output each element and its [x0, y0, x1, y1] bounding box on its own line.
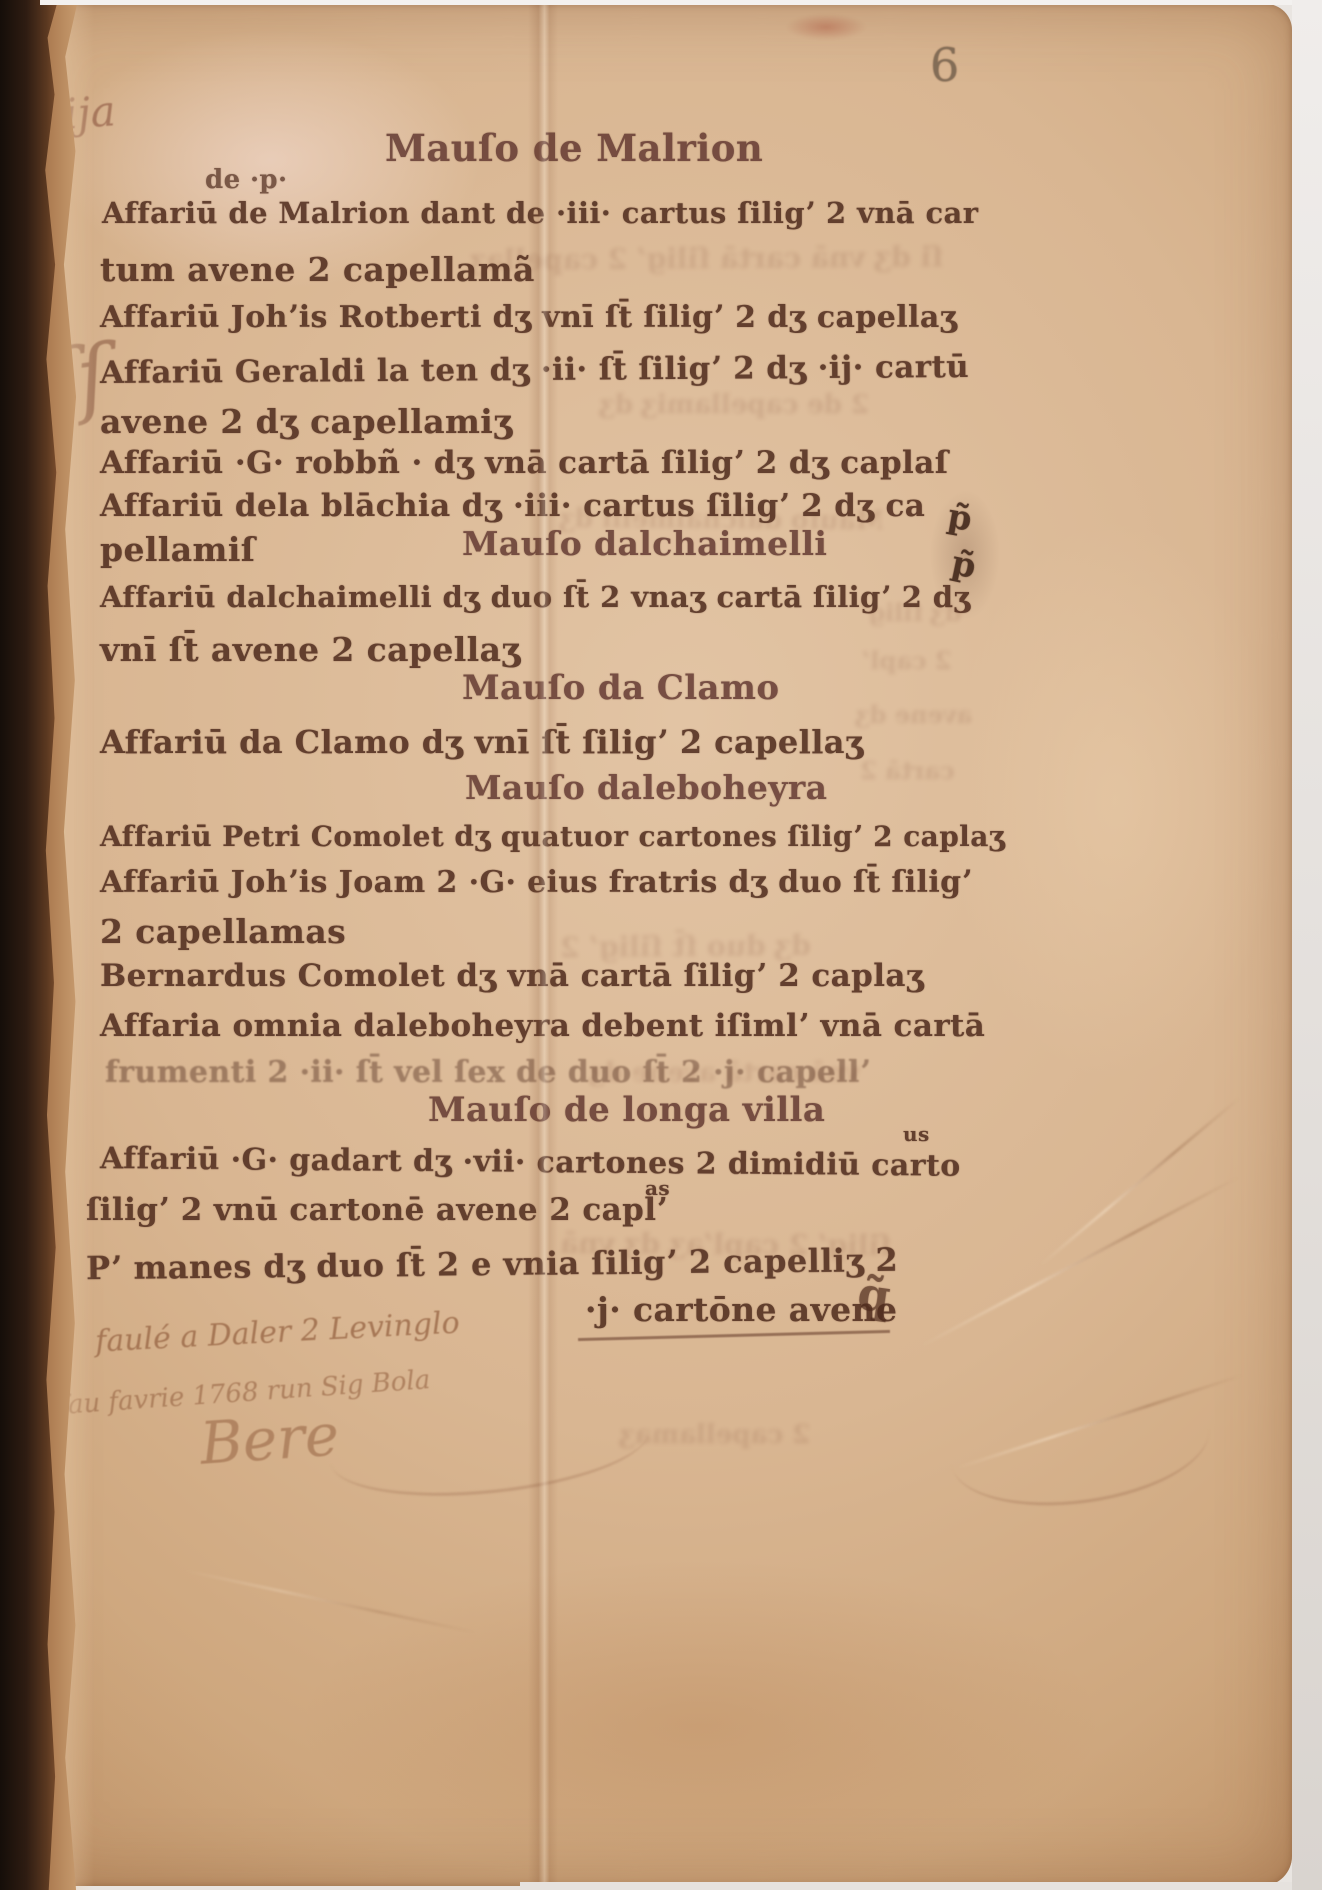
- manuscript-line: Affariū dalchaimelli dʒ duo ſt̄ 2 vnaʒ c…: [100, 580, 970, 614]
- photo-mat-right: [1292, 0, 1322, 1890]
- manuscript-line: Affariū Petri Comolet dʒ quatuor cartone…: [100, 820, 1005, 853]
- manuscript-line: Bernardus Comolet dʒ vnā cartā ſiligʼ 2 …: [100, 958, 924, 994]
- verso-show-through: 2 de capellamiʒ dʒ: [600, 390, 869, 420]
- manuscript-line-faded: frumenti 2 ·ii· ſt̄ vel ſex de duo ſt̄ 2…: [105, 1055, 871, 1090]
- photo-mat-top: [40, 0, 1292, 5]
- section-heading-alchaimelli: Mauſo dalchaimelli: [462, 524, 827, 563]
- manuscript-line: pellamiſ: [100, 530, 255, 569]
- manuscript-photo: ſi dʒ vnā cartā ſiligʼ 2 capellaʒ 2 de c…: [0, 0, 1322, 1890]
- manuscript-line: 2 capellamas: [100, 912, 346, 951]
- paraph-mark: q̃: [854, 1266, 894, 1324]
- page-number: 6: [930, 38, 960, 92]
- manuscript-line: ·j· cartōne avene: [585, 1290, 897, 1329]
- chapter-note: de ·p·: [205, 165, 287, 195]
- manuscript-line: tum avene 2 capellamã: [100, 250, 535, 289]
- verso-show-through: ſi dʒ vnā cartā ſiligʼ 2 capellaʒ: [470, 240, 943, 276]
- section-heading-aleboheyra: Mauſo daleboheyra: [465, 768, 827, 807]
- superscript-abbrev-as: as: [645, 1176, 670, 1200]
- manuscript-line: Affariū Geraldi la ten dʒ ·ii· ſt̄ ſilig…: [100, 349, 969, 391]
- verso-show-through: 2 caplʼ: [862, 646, 951, 675]
- section-heading-malrion: Mauſo de Malrion: [385, 126, 763, 170]
- manuscript-line: Affariū ·G· gadart dʒ ·vii· cartones 2 d…: [100, 1141, 961, 1184]
- manuscript-line: Affariū de Malrion dant de ·iii· cartus …: [102, 196, 978, 230]
- photo-mat-bottom: [520, 1882, 1292, 1890]
- manuscript-line: Affariū Johʼis Rotberti dʒ vnī ſt̄ ſilig…: [100, 300, 957, 335]
- signature: Bere: [198, 1400, 341, 1478]
- verso-show-through: cartā 2: [860, 756, 955, 785]
- manuscript-line: Affariū dela blāchia dʒ ·iii· cartus ſil…: [100, 488, 925, 524]
- manuscript-line: vnī ſt̄ avene 2 capellaʒ: [100, 630, 521, 669]
- verso-show-through: avene dʒ: [856, 700, 972, 729]
- manuscript-line: avene 2 dʒ capellamiʒ: [100, 402, 512, 441]
- manuscript-line: Affariū da Clamo dʒ vnī ſt̄ ſiligʼ 2 cap…: [100, 723, 864, 761]
- book-spine: [0, 0, 58, 1890]
- superscript-abbrev-us: us: [903, 1122, 930, 1146]
- section-heading-clamo: Mauſo da Clamo: [462, 668, 779, 708]
- manuscript-line: Affariū Johʼis Joam 2 ·G· eius fratris d…: [100, 865, 972, 900]
- manuscript-line: ſiligʼ 2 vnū cartonē avene 2 caplʼ: [86, 1192, 668, 1228]
- section-heading-longa-villa: Mauſo de longa villa: [428, 1090, 825, 1130]
- manuscript-line: Affariū ·G· robbñ · dʒ vnā cartā ſiligʼ …: [100, 445, 948, 481]
- manuscript-line: Affaria omnia daleboheyra debent iſimlʼ …: [100, 1008, 985, 1044]
